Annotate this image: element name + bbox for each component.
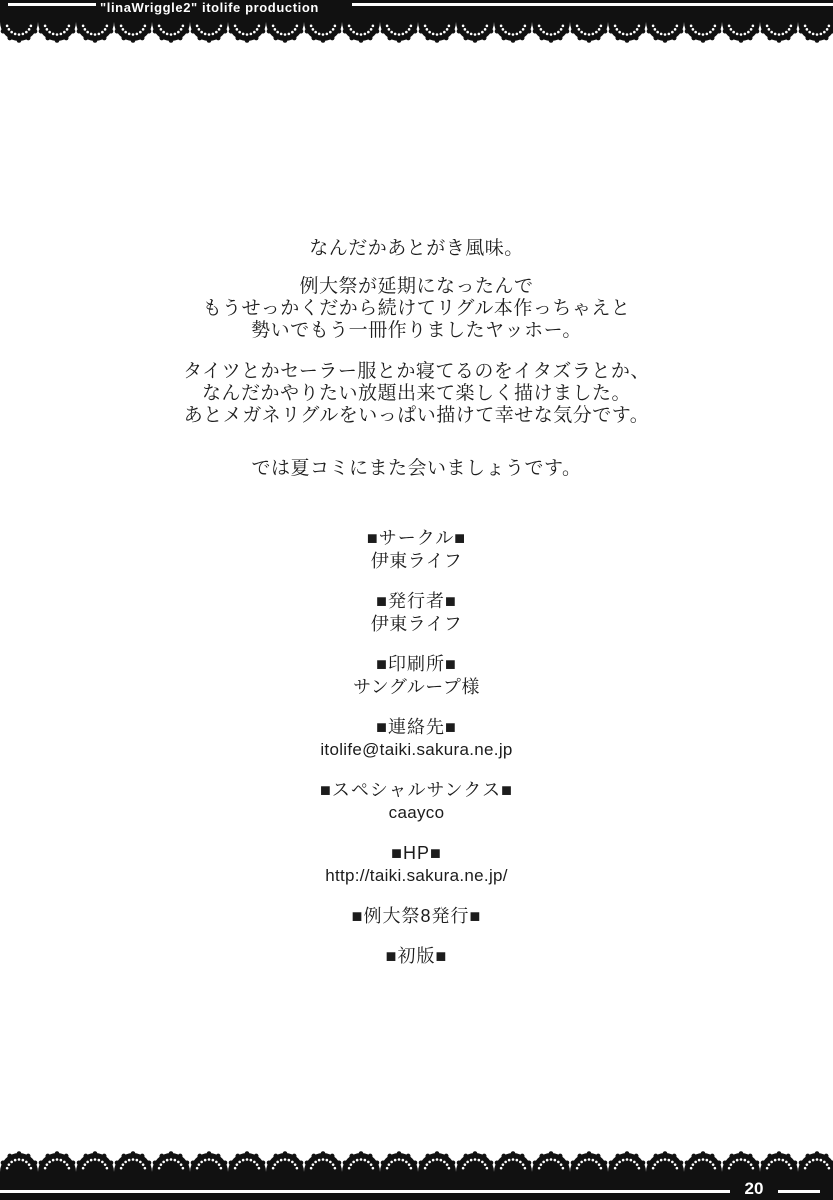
afterword-line: もうせっかくだから続けてリグル本作っちゃえと: [0, 298, 833, 320]
credit-value: 伊東ライフ: [0, 550, 833, 572]
credit-value: caayco: [0, 802, 833, 824]
credit-section-printer: ■印刷所■ サングループ様: [0, 653, 833, 698]
footer-rule-right: [778, 1190, 820, 1193]
credit-section-publisher: ■発行者■ 伊東ライフ: [0, 590, 833, 635]
page-title: "linaWriggle2" itolife production: [100, 0, 319, 15]
afterword-closing: では夏コミにまた会いましょうです。: [0, 458, 833, 480]
credit-heading: ■例大祭8発行■: [0, 905, 833, 927]
credit-section-edition: ■初版■: [0, 945, 833, 967]
credit-heading: ■HP■: [0, 842, 833, 864]
afterword-line: 勢いでもう一冊作りましたヤッホー。: [0, 320, 833, 342]
doujin-afterword-page: "linaWriggle2" itolife production なんだかあと…: [0, 0, 833, 1200]
credit-section-contact: ■連絡先■ itolife@taiki.sakura.ne.jp: [0, 716, 833, 761]
afterword-line: タイツとかセーラー服とか寝てるのをイタズラとか、: [0, 361, 833, 383]
credit-heading: ■発行者■: [0, 590, 833, 612]
header-rule-right: [352, 3, 833, 6]
credit-heading: ■サークル■: [0, 527, 833, 549]
header-rule-left: [8, 3, 96, 6]
credit-heading: ■印刷所■: [0, 653, 833, 675]
afterword-line: 例大祭が延期になったんで: [0, 276, 833, 298]
credit-value-url: http://taiki.sakura.ne.jp/: [0, 865, 833, 887]
afterword-line: なんだかやりたい放題出来て楽しく描けました。: [0, 383, 833, 405]
credit-heading: ■初版■: [0, 945, 833, 967]
credit-value-email: itolife@taiki.sakura.ne.jp: [0, 739, 833, 761]
credit-value: サングループ様: [0, 676, 833, 698]
credit-section-special-thanks: ■スペシャルサンクス■ caayco: [0, 779, 833, 824]
credit-section-event: ■例大祭8発行■: [0, 905, 833, 927]
credit-value: 伊東ライフ: [0, 613, 833, 635]
page-number: 20: [728, 1180, 780, 1198]
footer-rule-left: [0, 1190, 730, 1193]
credit-heading: ■スペシャルサンクス■: [0, 779, 833, 801]
credit-heading: ■連絡先■: [0, 716, 833, 738]
footer: 20: [0, 1148, 833, 1200]
afterword-intro: なんだかあとがき風味。: [0, 238, 833, 260]
afterword-line: あとメガネリグルをいっぱい描けて幸せな気分です。: [0, 405, 833, 427]
credit-section-hp: ■HP■ http://taiki.sakura.ne.jp/: [0, 842, 833, 887]
credit-section-circle: ■サークル■ 伊東ライフ: [0, 527, 833, 572]
credits-list: ■サークル■ 伊東ライフ ■発行者■ 伊東ライフ ■印刷所■ サングループ様 ■…: [0, 527, 833, 985]
